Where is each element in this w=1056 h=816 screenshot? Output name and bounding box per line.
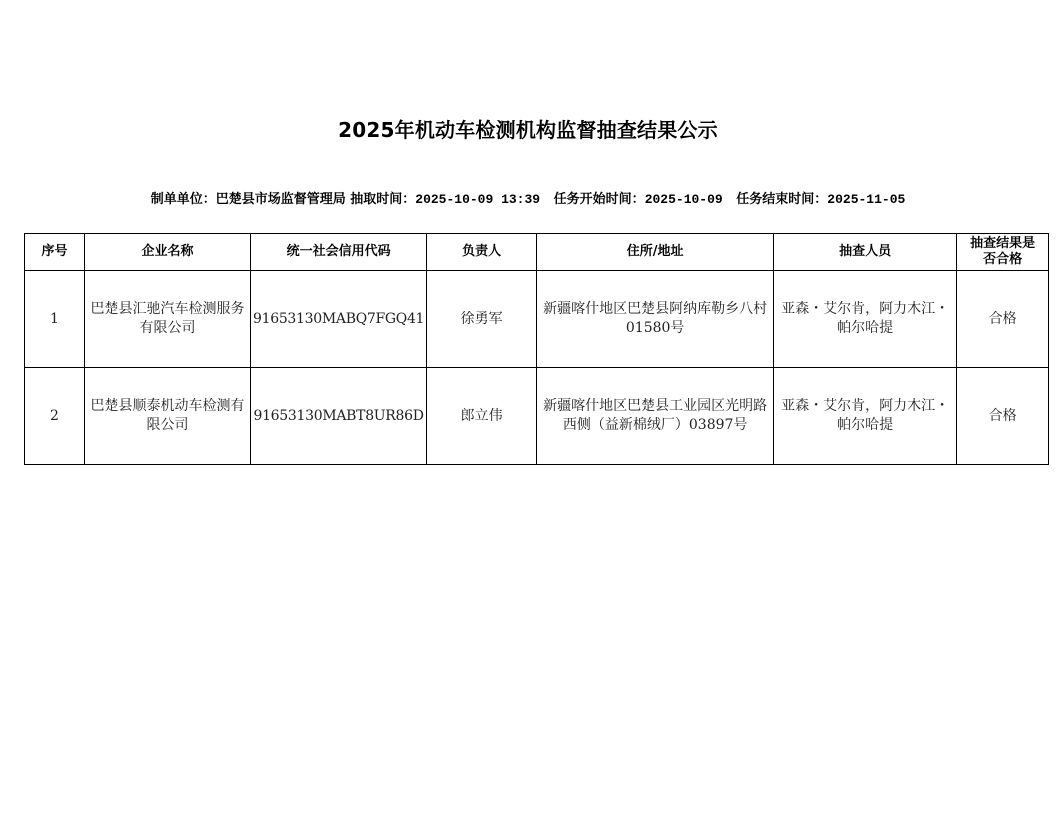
header-responsible: 负责人 [427, 234, 537, 271]
cell-address: 新疆喀什地区巴楚县阿纳库勒乡八村01580号 [537, 271, 774, 368]
table-row: 2 巴楚县顺泰机动车检测有限公司 91653130MABT8UR86D 郎立伟 … [25, 368, 1049, 465]
header-result-line2: 否合格 [983, 252, 1022, 267]
header-address: 住所/地址 [537, 234, 774, 271]
cell-inspectors: 亚森・艾尔肯，阿力木江・帕尔哈提 [774, 368, 957, 465]
task-end-value: 2025-11-05 [827, 192, 905, 207]
cell-company: 巴楚县汇驰汽车检测服务有限公司 [85, 271, 251, 368]
cell-address: 新疆喀什地区巴楚县工业园区光明路西侧（益新棉绒厂）03897号 [537, 368, 774, 465]
cell-result: 合格 [957, 368, 1049, 465]
table-header-row: 序号 企业名称 统一社会信用代码 负责人 住所/地址 抽查人员 抽查结果是否合格 [25, 234, 1049, 271]
document-meta-line: 制单单位：巴楚县市场监督管理局 抽取时间：2025-10-09 13:39 任务… [0, 188, 1056, 207]
cell-responsible: 徐勇军 [427, 271, 537, 368]
cell-index: 1 [25, 271, 85, 368]
header-credit-code: 统一社会信用代码 [251, 234, 427, 271]
cell-credit-code: 91653130MABQ7FGQ41 [251, 271, 427, 368]
cell-inspectors: 亚森・艾尔肯，阿力木江・帕尔哈提 [774, 271, 957, 368]
extract-time-value: 2025-10-09 13:39 [415, 192, 540, 207]
task-end-label: 任务结束时间： [736, 192, 827, 207]
header-company: 企业名称 [85, 234, 251, 271]
cell-result: 合格 [957, 271, 1049, 368]
issuer-value: 巴楚县市场监督管理局 [216, 192, 346, 207]
cell-company: 巴楚县顺泰机动车检测有限公司 [85, 368, 251, 465]
document-title: 2025年机动车检测机构监督抽查结果公示 [0, 114, 1056, 143]
cell-credit-code: 91653130MABT8UR86D [251, 368, 427, 465]
task-start-label: 任务开始时间： [554, 192, 645, 207]
header-result: 抽查结果是否合格 [957, 234, 1049, 271]
table-row: 1 巴楚县汇驰汽车检测服务有限公司 91653130MABQ7FGQ41 徐勇军… [25, 271, 1049, 368]
header-result-line1: 抽查结果是 [970, 236, 1035, 251]
header-inspectors: 抽查人员 [774, 234, 957, 271]
inspection-results-table: 序号 企业名称 统一社会信用代码 负责人 住所/地址 抽查人员 抽查结果是否合格… [24, 233, 1049, 465]
issuer-label: 制单单位： [151, 192, 216, 207]
task-start-value: 2025-10-09 [645, 192, 723, 207]
cell-responsible: 郎立伟 [427, 368, 537, 465]
extract-time-label: 抽取时间： [350, 192, 415, 207]
header-index: 序号 [25, 234, 85, 271]
cell-index: 2 [25, 368, 85, 465]
